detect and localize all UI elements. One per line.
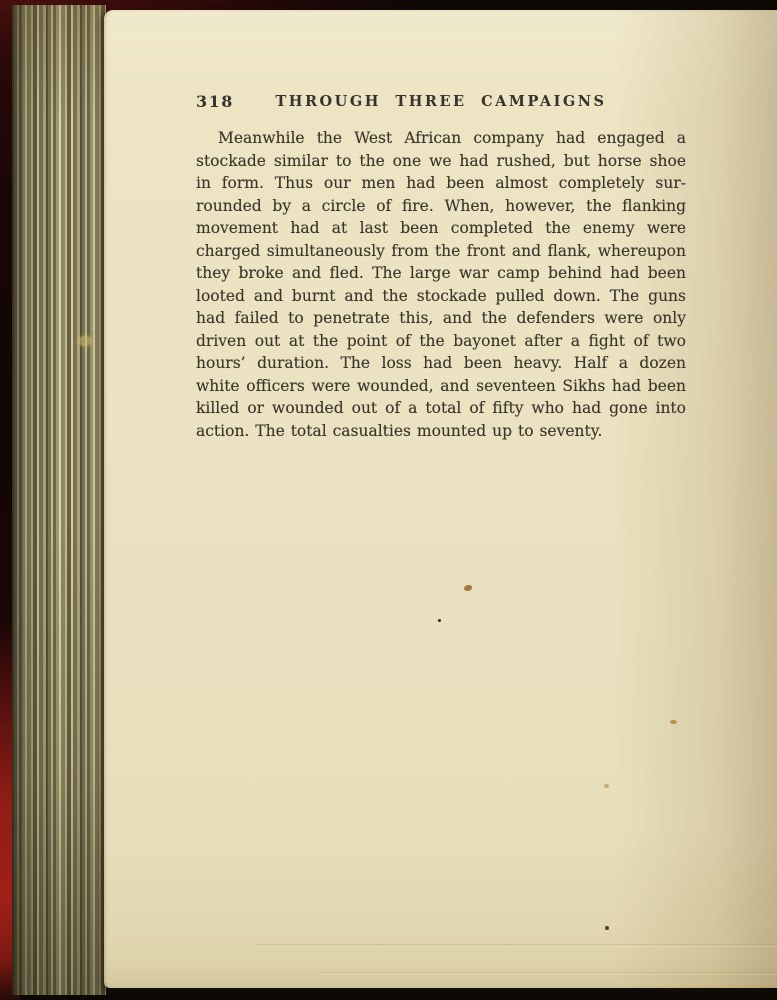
running-title: THROUGH THREE CAMPAIGNS bbox=[196, 93, 686, 110]
text-line: white officers were wounded, and sevente… bbox=[196, 375, 686, 398]
text-line: Meanwhile the West African company had e… bbox=[196, 127, 686, 150]
text-line: action. The total casualties mounted up … bbox=[196, 420, 686, 443]
foxing-speck bbox=[464, 585, 472, 591]
page-header: 318 THROUGH THREE CAMPAIGNS bbox=[196, 92, 686, 112]
text-line: they broke and fled. The large war camp … bbox=[196, 262, 686, 285]
book-scan: 318 THROUGH THREE CAMPAIGNS Meanwhile th… bbox=[0, 0, 777, 1000]
text-line: charged simultaneously from the front an… bbox=[196, 240, 686, 263]
book-page: 318 THROUGH THREE CAMPAIGNS Meanwhile th… bbox=[104, 10, 777, 988]
text-line: killed or wounded out of a total of fift… bbox=[196, 397, 686, 420]
text-line: hours’ duration. The loss had been heavy… bbox=[196, 352, 686, 375]
page-ridge bbox=[319, 972, 777, 975]
book-page-edges bbox=[12, 5, 106, 995]
text-line: looted and burnt and the stockade pulled… bbox=[196, 285, 686, 308]
foxing-speck bbox=[604, 784, 609, 788]
body-text: Meanwhile the West African company had e… bbox=[196, 127, 686, 442]
page-ridge bbox=[254, 944, 777, 947]
text-line: in form. Thus our men had been almost co… bbox=[196, 172, 686, 195]
foxing-speck bbox=[438, 619, 441, 622]
text-line: movement had at last been completed the … bbox=[196, 217, 686, 240]
text-line: driven out at the point of the bayonet a… bbox=[196, 330, 686, 353]
text-line: rounded by a circle of fire. When, howev… bbox=[196, 195, 686, 218]
text-line: had failed to penetrate this, and the de… bbox=[196, 307, 686, 330]
foxing-speck bbox=[605, 926, 609, 930]
foxing-speck bbox=[670, 720, 677, 724]
text-line: stockade similar to the one we had rushe… bbox=[196, 150, 686, 173]
edge-stain bbox=[78, 336, 92, 346]
